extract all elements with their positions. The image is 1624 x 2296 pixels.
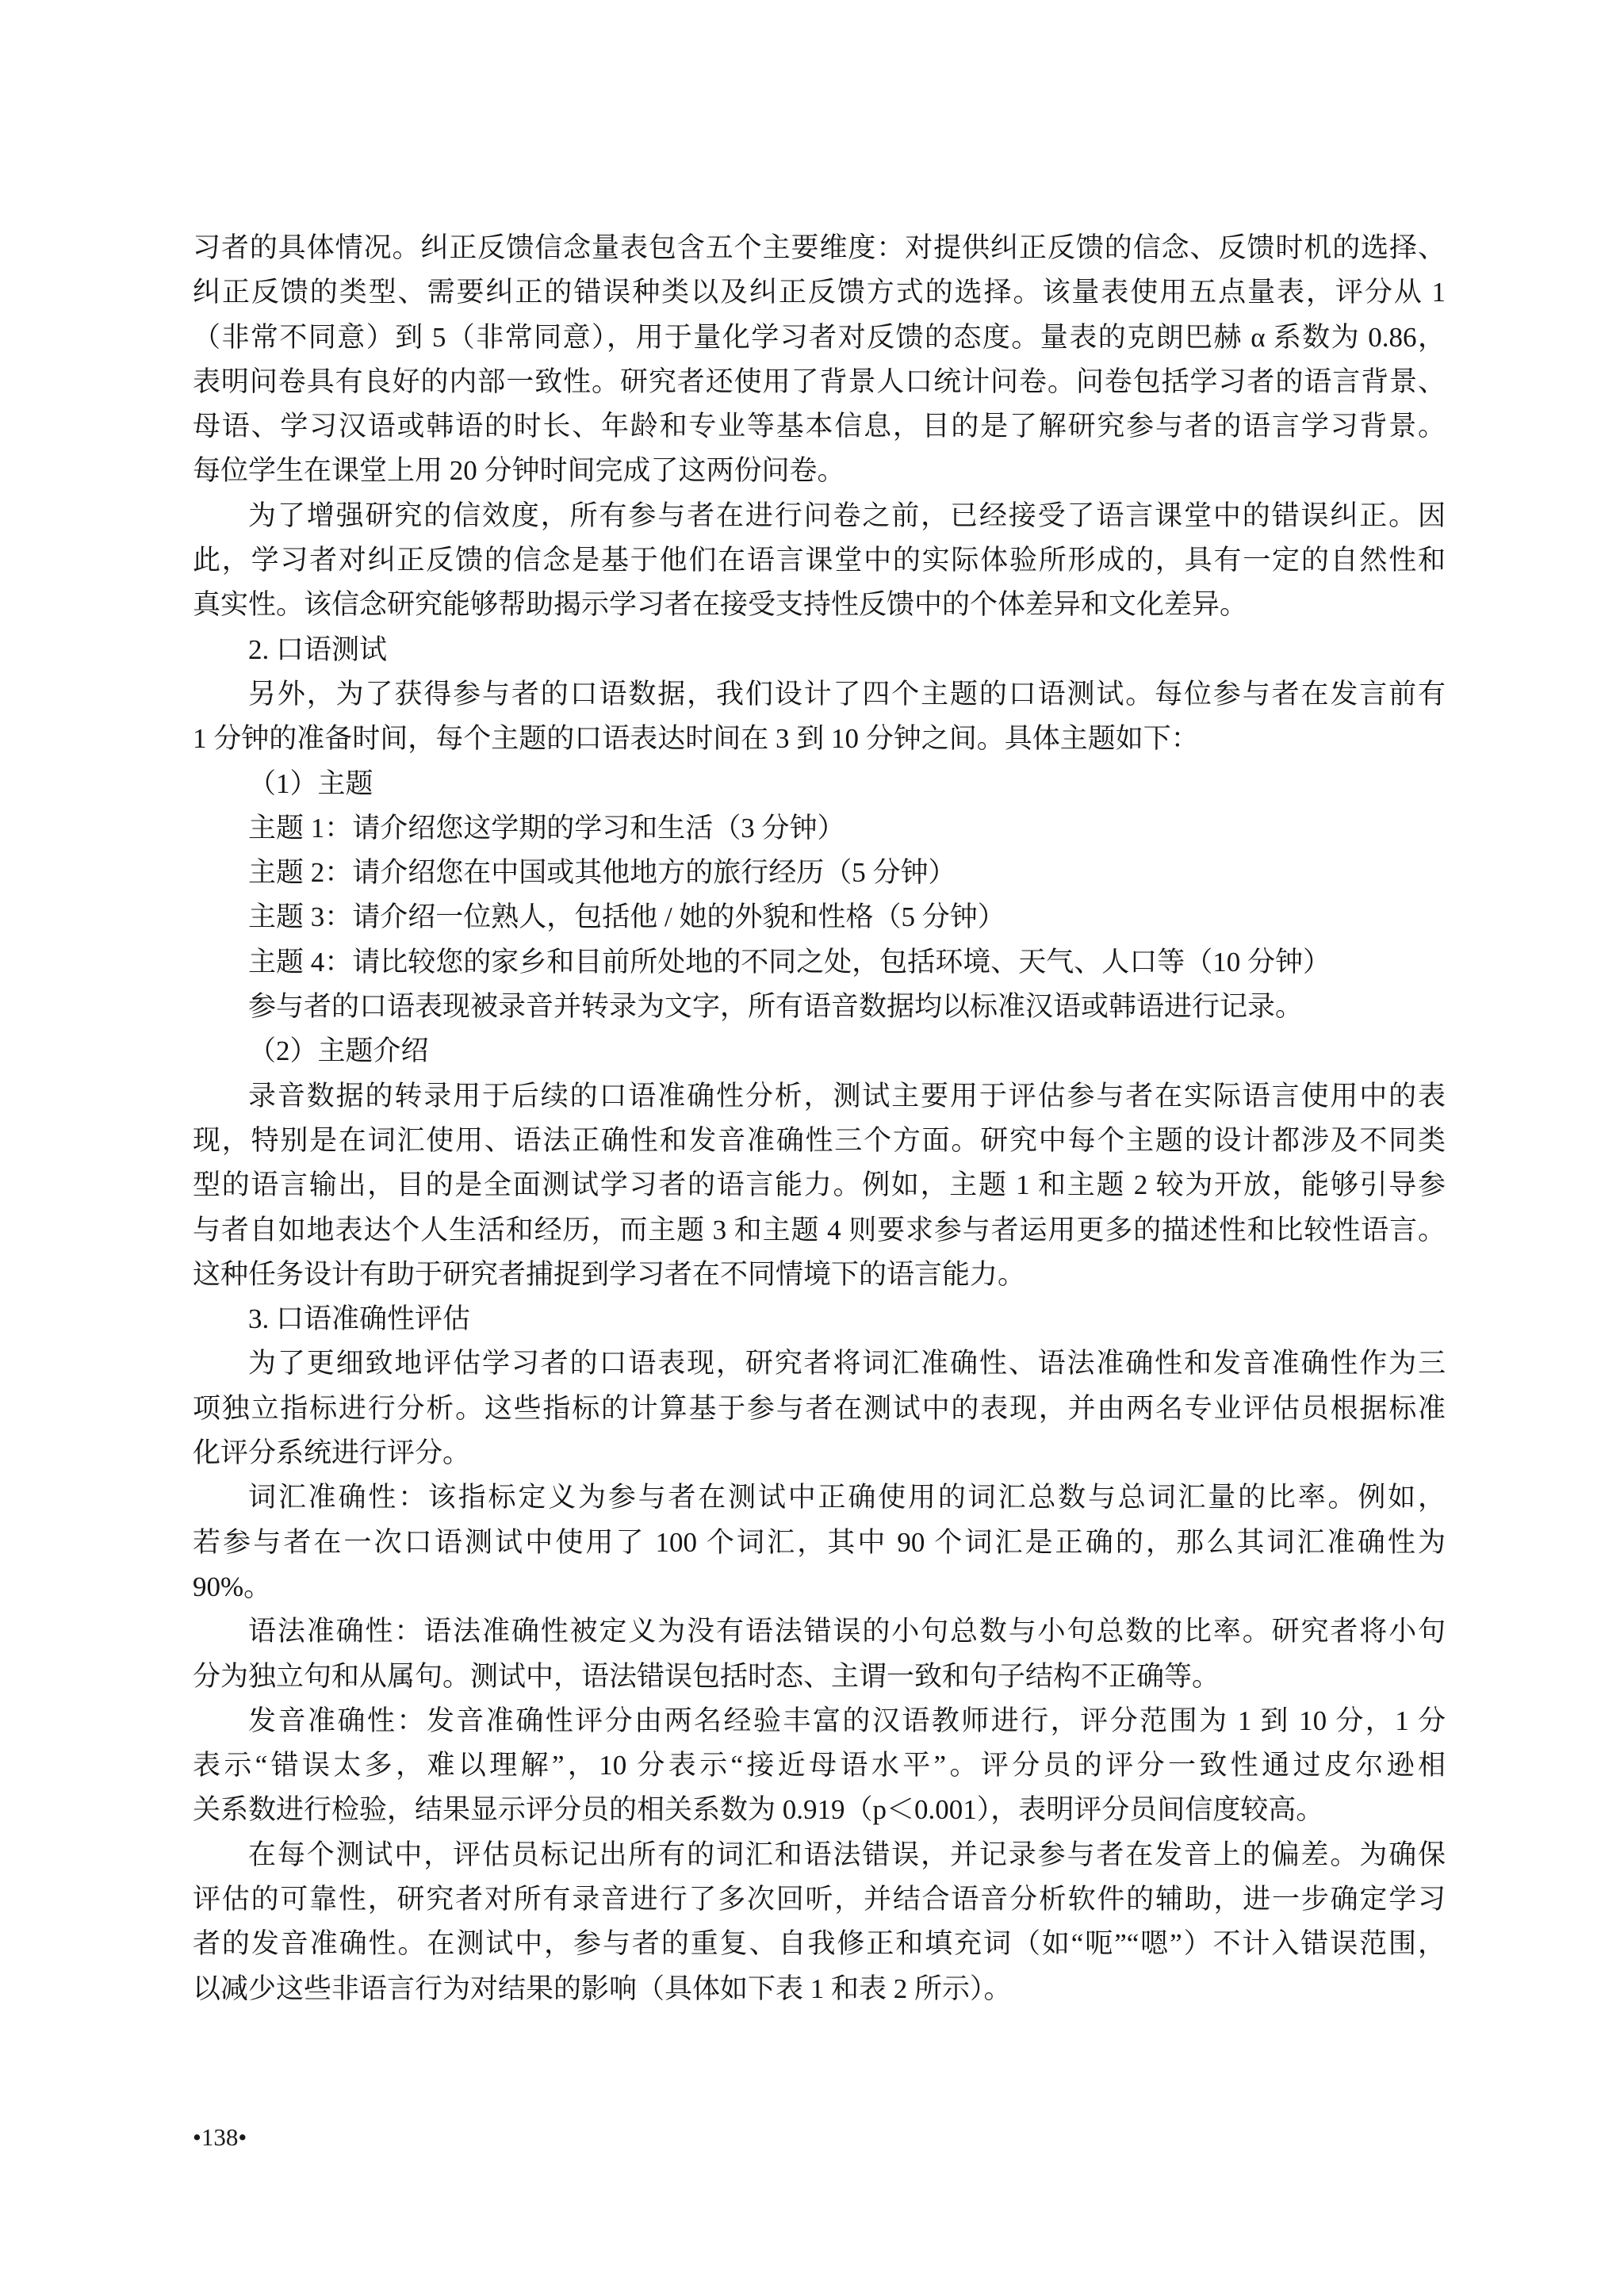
text-line: 为了更细致地评估学习者的口语表现，研究者将词汇准确性、语法准确性和发音准确性作为…	[193, 1341, 1446, 1386]
page-number: •138•	[193, 2123, 247, 2152]
text-line: 表示“错误太多，难以理解”，10 分表示“接近母语水平”。评分员的评分一致性通过…	[193, 1743, 1446, 1788]
text-line: 项独立指标进行分析。这些指标的计算基于参与者在测试中的表现，并由两名专业评估员根…	[193, 1387, 1446, 1431]
text-line: 主题 1：请介绍您这学期的学习和生活（3 分钟）	[193, 806, 1446, 851]
text-line: 在每个测试中，评估员标记出所有的词汇和语法错误，并记录参与者在发音上的偏差。为确…	[193, 1833, 1446, 1877]
text-line: （2）主题介绍	[193, 1029, 1446, 1073]
text-line: （非常不同意）到 5（非常同意），用于量化学习者对反馈的态度。量表的克朗巴赫 α…	[193, 316, 1446, 360]
text-line: 为了增强研究的信效度，所有参与者在进行问卷之前，已经接受了语言课堂中的错误纠正。…	[193, 494, 1446, 538]
text-line: （1）主题	[193, 762, 1446, 806]
text-line: 3. 口语准确性评估	[193, 1297, 1446, 1341]
text-line: 语法准确性：语法准确性被定义为没有语法错误的小句总数与小句总数的比率。研究者将小…	[193, 1609, 1446, 1654]
text-line: 2. 口语测试	[193, 628, 1446, 672]
text-line: 此，学习者对纠正反馈的信念是基于他们在语言课堂中的实际体验所形成的，具有一定的自…	[193, 538, 1446, 583]
text-line: 者的发音准确性。在测试中，参与者的重复、自我修正和填充词（如“呃”“嗯”）不计入…	[193, 1922, 1446, 1966]
document-page: 习者的具体情况。纠正反馈信念量表包含五个主要维度：对提供纠正反馈的信念、反馈时机…	[0, 0, 1624, 2296]
text-line: 每位学生在课堂上用 20 分钟时间完成了这两份问卷。	[193, 449, 1446, 493]
text-line: 与者自如地表达个人生活和经历，而主题 3 和主题 4 则要求参与者运用更多的描述…	[193, 1208, 1446, 1253]
text-line: 这种任务设计有助于研究者捕捉到学习者在不同情境下的语言能力。	[193, 1253, 1446, 1297]
text-line: 评估的可靠性，研究者对所有录音进行了多次回听，并结合语音分析软件的辅助，进一步确…	[193, 1877, 1446, 1922]
text-line: 主题 2：请介绍您在中国或其他地方的旅行经历（5 分钟）	[193, 851, 1446, 895]
text-line: 以减少这些非语言行为对结果的影响（具体如下表 1 和表 2 所示）。	[193, 1967, 1446, 2011]
text-line: 另外，为了获得参与者的口语数据，我们设计了四个主题的口语测试。每位参与者在发言前…	[193, 672, 1446, 717]
text-line: 词汇准确性：该指标定义为参与者在测试中正确使用的词汇总数与总词汇量的比率。例如，	[193, 1475, 1446, 1520]
text-line: 型的语言输出，目的是全面测试学习者的语言能力。例如，主题 1 和主题 2 较为开…	[193, 1163, 1446, 1207]
text-line: 现，特别是在词汇使用、语法正确性和发音准确性三个方面。研究中每个主题的设计都涉及…	[193, 1119, 1446, 1163]
text-line: 母语、学习汉语或韩语的时长、年龄和专业等基本信息，目的是了解研究参与者的语言学习…	[193, 404, 1446, 449]
text-line: 主题 3：请介绍一位熟人，包括他 / 她的外貌和性格（5 分钟）	[193, 895, 1446, 939]
text-line: 分为独立句和从属句。测试中，语法错误包括时态、主谓一致和句子结构不正确等。	[193, 1655, 1446, 1699]
text-line: 真实性。该信念研究能够帮助揭示学习者在接受支持性反馈中的个体差异和文化差异。	[193, 583, 1446, 627]
text-line: 习者的具体情况。纠正反馈信念量表包含五个主要维度：对提供纠正反馈的信念、反馈时机…	[193, 226, 1446, 270]
document-body: 习者的具体情况。纠正反馈信念量表包含五个主要维度：对提供纠正反馈的信念、反馈时机…	[193, 226, 1446, 2011]
text-line: 1 分钟的准备时间，每个主题的口语表达时间在 3 到 10 分钟之间。具体主题如…	[193, 717, 1446, 761]
text-line: 参与者的口语表现被录音并转录为文字，所有语音数据均以标准汉语或韩语进行记录。	[193, 985, 1446, 1029]
text-line: 主题 4：请比较您的家乡和目前所处地的不同之处，包括环境、天气、人口等（10 分…	[193, 940, 1446, 985]
text-line: 若参与者在一次口语测试中使用了 100 个词汇，其中 90 个词汇是正确的，那么…	[193, 1521, 1446, 1565]
text-line: 发音准确性：发音准确性评分由两名经验丰富的汉语教师进行，评分范围为 1 到 10…	[193, 1699, 1446, 1743]
text-line: 关系数进行检验，结果显示评分员的相关系数为 0.919（p＜0.001），表明评…	[193, 1788, 1446, 1832]
text-line: 表明问卷具有良好的内部一致性。研究者还使用了背景人口统计问卷。问卷包括学习者的语…	[193, 360, 1446, 404]
text-line: 90%。	[193, 1565, 1446, 1609]
text-line: 化评分系统进行评分。	[193, 1431, 1446, 1475]
text-line: 纠正反馈的类型、需要纠正的错误种类以及纠正反馈方式的选择。该量表使用五点量表，评…	[193, 270, 1446, 315]
text-line: 录音数据的转录用于后续的口语准确性分析，测试主要用于评估参与者在实际语言使用中的…	[193, 1074, 1446, 1119]
